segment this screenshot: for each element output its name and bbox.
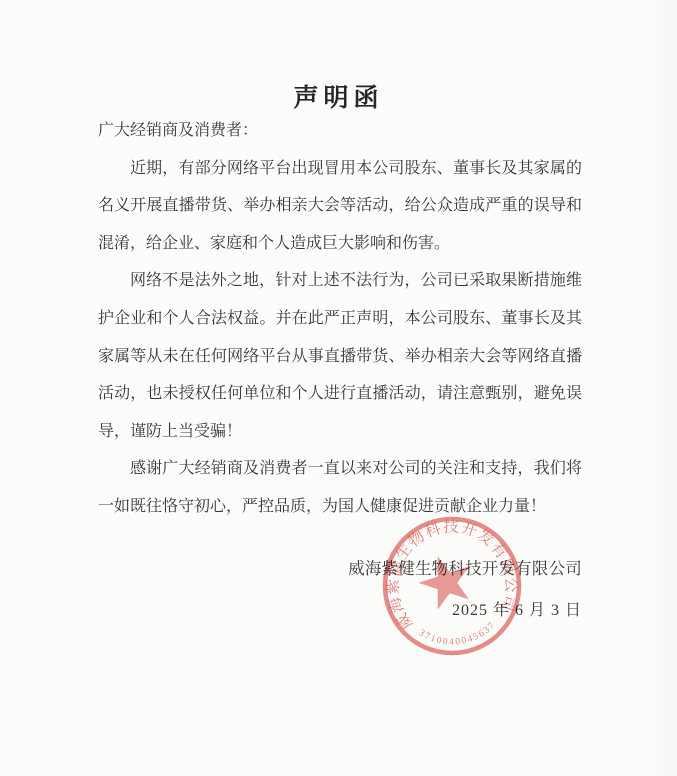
company-seal: 威海紫健生物科技开发有限公司 3710040045637 [377, 511, 527, 661]
scanned-statement-letter: 声明函 广大经销商及消费者： 近期，有部分网络平台出现冒用本公司股东、董事长及其… [0, 0, 677, 776]
paragraph-2: 网络不是法外之地，针对上述不法行为，公司已采取果断措施维护企业和个人合法权益。并… [98, 262, 582, 450]
page-title: 声明函 [0, 78, 677, 114]
salutation: 广大经销商及消费者： [98, 112, 582, 150]
letter-body: 广大经销商及消费者： 近期，有部分网络平台出现冒用本公司股东、董事长及其家属的名… [98, 112, 582, 526]
paragraph-1: 近期，有部分网络平台出现冒用本公司股东、董事长及其家属的名义开展直播带货、举办相… [98, 150, 582, 263]
seal-star-icon [412, 548, 478, 613]
